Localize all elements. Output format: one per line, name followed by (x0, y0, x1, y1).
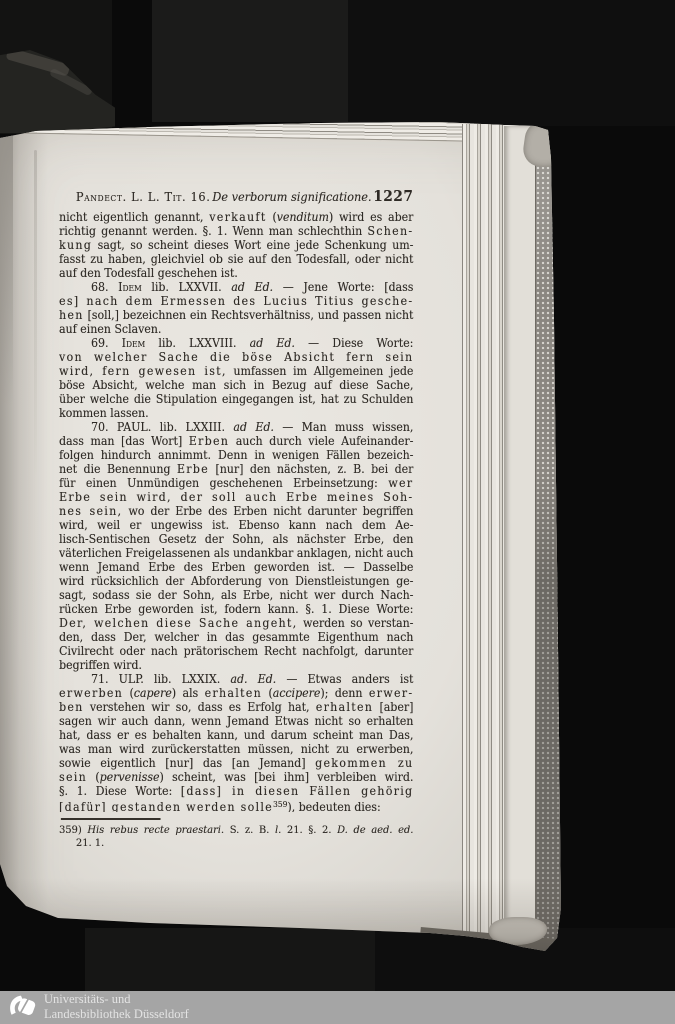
text-column: Pandect. L. L. Tit. 16. De verborum sign… (59, 188, 413, 850)
text-run: [nur] den nächsten, z. B. bei der (209, 462, 413, 476)
text-run: ) als (172, 686, 205, 700)
text-line: für einen Unmündigen geschehenen Erbeins… (59, 476, 413, 490)
text-run: ( (262, 686, 273, 700)
text-line: 71. ULP. lib. LXXIX. ad. Ed. — Etwas and… (59, 672, 413, 686)
text-run: verkauft (209, 210, 266, 224)
text-line: hat, dass er es behalten kann, und darum… (59, 728, 413, 742)
text-line: den, dass Der, welcher in das gesammte E… (59, 630, 413, 644)
text-line: 68. Idem lib. LXXVII. ad Ed. — Jene Wort… (59, 280, 413, 294)
text-run: lib. LXXVII. (142, 280, 232, 294)
text-run: [dafür] gestanden werden solle (59, 800, 273, 812)
text-line: 69. Idem lib. LXXVIII. ad Ed. — Diese Wo… (59, 336, 413, 350)
library-name: Universitäts- und Landesbibliothek Düsse… (44, 992, 189, 1022)
text-run: — Etwas anders ist (276, 672, 413, 686)
text-run: ben (59, 700, 84, 714)
text-line: von welcher Sache die böse Absicht fern … (59, 350, 413, 364)
text-line: wird, fern gewesen ist, umfassen im Allg… (59, 364, 413, 378)
text-line: rücken Erbe geworden ist, fodern kann. §… (59, 602, 413, 616)
text-run: ad Ed. (233, 420, 274, 434)
text-line: erwerben (capere) als erhalten (accipere… (59, 686, 413, 700)
text-run: D. de aed. ed. (337, 824, 413, 836)
text-run: erhalten (316, 700, 373, 714)
text-run: wird, weil er ungewiss ist. Ebenso kann … (59, 518, 413, 532)
text-run: kung (59, 238, 92, 252)
text-line: hen [soll,] bezeichnen ein Rechtsverhält… (59, 308, 413, 322)
text-run: richtig genannt werden. §. 1. Wenn man s… (59, 224, 367, 238)
page-stack-right (462, 124, 505, 936)
library-name-line2: Landesbibliothek Düsseldorf (44, 1007, 189, 1022)
text-run: Erbe sein wird, der soll auch Erbe meine… (59, 490, 413, 504)
text-run: pervenisse (100, 770, 160, 784)
background-patch (112, 0, 152, 84)
text-run: nes sein, (59, 504, 122, 518)
text-line: kommen lassen. (59, 406, 413, 420)
text-run: auch durch viele Aufeinander- (229, 434, 413, 448)
text-line: lisch-Sentischen Gesetz der Sohn, als nä… (59, 532, 413, 546)
text-run: nicht eigentlich genannt, (59, 210, 209, 224)
text-line: Civilrecht oder nach prätorischem Recht … (59, 644, 413, 658)
text-line: wird, weil er ungewiss ist. Ebenso kann … (59, 518, 413, 532)
footnote: 359) His rebus recte praestari. S. z. B.… (59, 824, 413, 850)
text-run: fasst zu haben, gleichviel ob sie auf de… (59, 252, 413, 266)
text-line: Erbe sein wird, der soll auch Erbe meine… (59, 490, 413, 504)
text-run: lib. LXXVIII. (145, 336, 249, 350)
text-line: 21. 1. (59, 837, 413, 850)
text-run: ( (123, 686, 134, 700)
background-patch (348, 0, 675, 126)
text-line: sowie eigentlich [nur] das [an Jemand] g… (59, 756, 413, 770)
text-run: Erben (189, 434, 229, 448)
text-run: sagt, so scheint dieses Wort eine jede S… (92, 238, 413, 252)
text-line: kung sagt, so scheint dieses Wort eine j… (59, 238, 413, 252)
underpage-strip (504, 126, 537, 938)
text-run: den, dass Der, welcher in das gesammte E… (59, 630, 413, 644)
text-run: [aber] (373, 700, 413, 714)
text-run: wird rücksichlich der Abforderung von Di… (59, 574, 413, 588)
text-line: über welche die Stipulation eingegangen … (59, 392, 413, 406)
text-run: wird, fern gewesen ist, (59, 364, 227, 378)
header-page-number: 1227 (373, 188, 413, 205)
page-header: Pandect. L. L. Tit. 16. De verborum sign… (59, 188, 413, 202)
text-line: nes sein, wo der Erbe des Erben nicht da… (59, 504, 413, 518)
text-run: sein (59, 770, 87, 784)
text-line: auf einen Sclaven. (59, 322, 413, 336)
text-line: was man wird zurückerstatten müssen, nic… (59, 742, 413, 756)
text-line: richtig genannt werden. §. 1. Wenn man s… (59, 224, 413, 238)
text-line: sein (pervenisse) scheint, was [bei ihm]… (59, 770, 413, 784)
text-line: wenn Jemand Erbe des Erben geworden ist.… (59, 560, 413, 574)
text-run: His rebus recte praestari. (87, 824, 224, 836)
text-run: werden so verstan- (297, 616, 413, 630)
text-run: venditum (277, 210, 329, 224)
text-run: 71. ULP. lib. LXXIX. (91, 672, 230, 686)
text-run: für einen Unmündigen geschehenen Erbeins… (59, 476, 388, 490)
header-chapter-title: De verborum significatione. (211, 190, 374, 204)
text-line: Der, welchen diese Sache angeht, werden … (59, 616, 413, 630)
footer-bar: Universitäts- und Landesbibliothek Düsse… (0, 991, 675, 1024)
text-run: folgen hindurch annimmt. Denn in wenigen… (59, 448, 413, 462)
footnote-rule (61, 818, 161, 820)
text-run: hat, dass er es behalten kann, und darum… (59, 728, 413, 742)
text-run: ( (87, 770, 100, 784)
text-run: erwerben (59, 686, 123, 700)
text-line: begriffen wird. (59, 658, 413, 672)
text-run: von welcher Sache die böse Absicht fern … (59, 350, 413, 364)
text-run: gekommen zu (315, 756, 413, 770)
text-run: 69. (91, 336, 122, 350)
text-line: §. 1. Diese Worte: [dass] in diesen Fäll… (59, 784, 413, 798)
text-line: böse Absicht, welche man sich in Bezug a… (59, 378, 413, 392)
text-run: Erbe (177, 462, 209, 476)
cover-edge-right (535, 126, 566, 950)
text-run: ), bedeuten dies: (287, 800, 380, 812)
text-run: wo der Erbe des Erben nicht darunter beg… (122, 504, 413, 518)
text-run: begriffen wird. (59, 658, 142, 672)
text-run: 70. PAUL. lib. LXXIII. (91, 420, 233, 434)
text-run: umfassen im Allgemeinen jede (227, 364, 414, 378)
text-run: es] nach dem Ermessen des Lucius Titius … (59, 294, 413, 308)
text-line: folgen hindurch annimmt. Denn in wenigen… (59, 448, 413, 462)
text-run: was man wird zurückerstatten müssen, nic… (59, 742, 413, 756)
fray-top-right (521, 120, 569, 169)
text-run: hen (59, 308, 84, 322)
text-line: fasst zu haben, gleichviel ob sie auf de… (59, 252, 413, 266)
text-run: wenn Jemand Erbe des Erben geworden ist.… (59, 560, 413, 574)
text-run: Idem (122, 336, 146, 350)
text-run: capere (134, 686, 172, 700)
text-run: über welche die Stipulation eingegangen … (59, 392, 413, 406)
text-run: sowie eigentlich [nur] das [an Jemand] (59, 756, 315, 770)
text-run: rücken Erbe geworden ist, fodern kann. §… (59, 602, 413, 616)
text-run: sagt, sodass sie der Sohn, als Erbe, nic… (59, 588, 413, 602)
text-run: sagen wir auch dann, wenn Jemand Etwas n… (59, 714, 413, 728)
text-line: sagt, sodass sie der Sohn, als Erbe, nic… (59, 588, 413, 602)
text-run: [soll,] bezeichnen ein Rechtsverhältniss… (84, 308, 414, 322)
text-line: net die Benennung Erbe [nur] den nächste… (59, 462, 413, 476)
text-run: 359) (59, 824, 87, 836)
text-line: ben verstehen wir so, dass es Erfolg hat… (59, 700, 413, 714)
text-run: ad Ed. (250, 336, 295, 350)
text-line: [dafür] gestanden werden solle359), bede… (59, 798, 413, 812)
text-run: 68. (91, 280, 118, 294)
text-run: [dass] in diesen Fällen gehörig (181, 784, 414, 798)
text-run: §. 1. Diese Worte: (59, 784, 181, 798)
text-line: väterlichen Freigelassenen als undankbar… (59, 546, 413, 560)
ulb-duesseldorf-logo-icon (6, 993, 40, 1022)
text-run: erwer- (369, 686, 414, 700)
text-line: 70. PAUL. lib. LXXIII. ad Ed. — Man muss… (59, 420, 413, 434)
text-run: — Diese Worte: (295, 336, 413, 350)
text-run: net die Benennung (59, 462, 177, 476)
text-run: — Jene Worte: [dass (273, 280, 413, 294)
text-line: nicht eigentlich genannt, verkauft (vend… (59, 210, 413, 224)
text-run: ( (267, 210, 277, 224)
library-name-line1: Universitäts- und (44, 992, 189, 1007)
header-running-title: Pandect. L. L. Tit. 16. (76, 190, 211, 204)
text-line: wird rücksichlich der Abforderung von Di… (59, 574, 413, 588)
text-run: ad Ed. (231, 280, 273, 294)
text-run: kommen lassen. (59, 406, 149, 420)
text-run: erhalten (205, 686, 262, 700)
background-patch (152, 0, 348, 122)
left-gutter-sliver (0, 130, 13, 420)
text-run: ad. Ed. (230, 672, 276, 686)
text-run: böse Absicht, welche man sich in Bezug a… (59, 378, 413, 392)
text-run: lisch-Sentischen Gesetz der Sohn, als nä… (59, 532, 413, 546)
scan-root: Pandect. L. L. Tit. 16. De verborum sign… (0, 0, 675, 1024)
text-run: 21. 1. (76, 837, 104, 849)
text-run: Der, welchen diese Sache angeht, (59, 616, 297, 630)
text-run: auf einen Sclaven. (59, 322, 161, 336)
text-run: 21. §. 2. (281, 824, 337, 836)
text-run: verstehen wir so, dass es Erfolg hat, (84, 700, 316, 714)
text-run: ) wird es aber (329, 210, 413, 224)
text-line: 359) His rebus recte praestari. S. z. B.… (59, 824, 413, 837)
text-line: auf den Todesfall geschehen ist. (59, 266, 413, 280)
text-line: dass man [das Wort] Erben auch durch vie… (59, 434, 413, 448)
text-run: 359 (273, 800, 287, 809)
text-run: dass man [das Wort] (59, 434, 189, 448)
text-line: es] nach dem Ermessen des Lucius Titius … (59, 294, 413, 308)
text-run: — Man muss wissen, (274, 420, 413, 434)
text-run: accipere (273, 686, 321, 700)
text-run: väterlichen Freigelassenen als undankbar… (59, 546, 413, 560)
text-run: S. z. B. (224, 824, 275, 836)
text-run: Idem (118, 280, 142, 294)
body-text: nicht eigentlich genannt, verkauft (vend… (59, 210, 413, 812)
text-run: Civilrecht oder nach prätorischem Recht … (59, 644, 413, 658)
background-patch (85, 928, 375, 992)
text-run: Schen- (367, 224, 413, 238)
text-run: ) scheint, was [bei ihm] verbleiben wird… (159, 770, 413, 784)
gutter-fold-line (34, 150, 37, 480)
text-run: auf den Todesfall geschehen ist. (59, 266, 238, 280)
text-line: sagen wir auch dann, wenn Jemand Etwas n… (59, 714, 413, 728)
text-run: ); denn (320, 686, 368, 700)
